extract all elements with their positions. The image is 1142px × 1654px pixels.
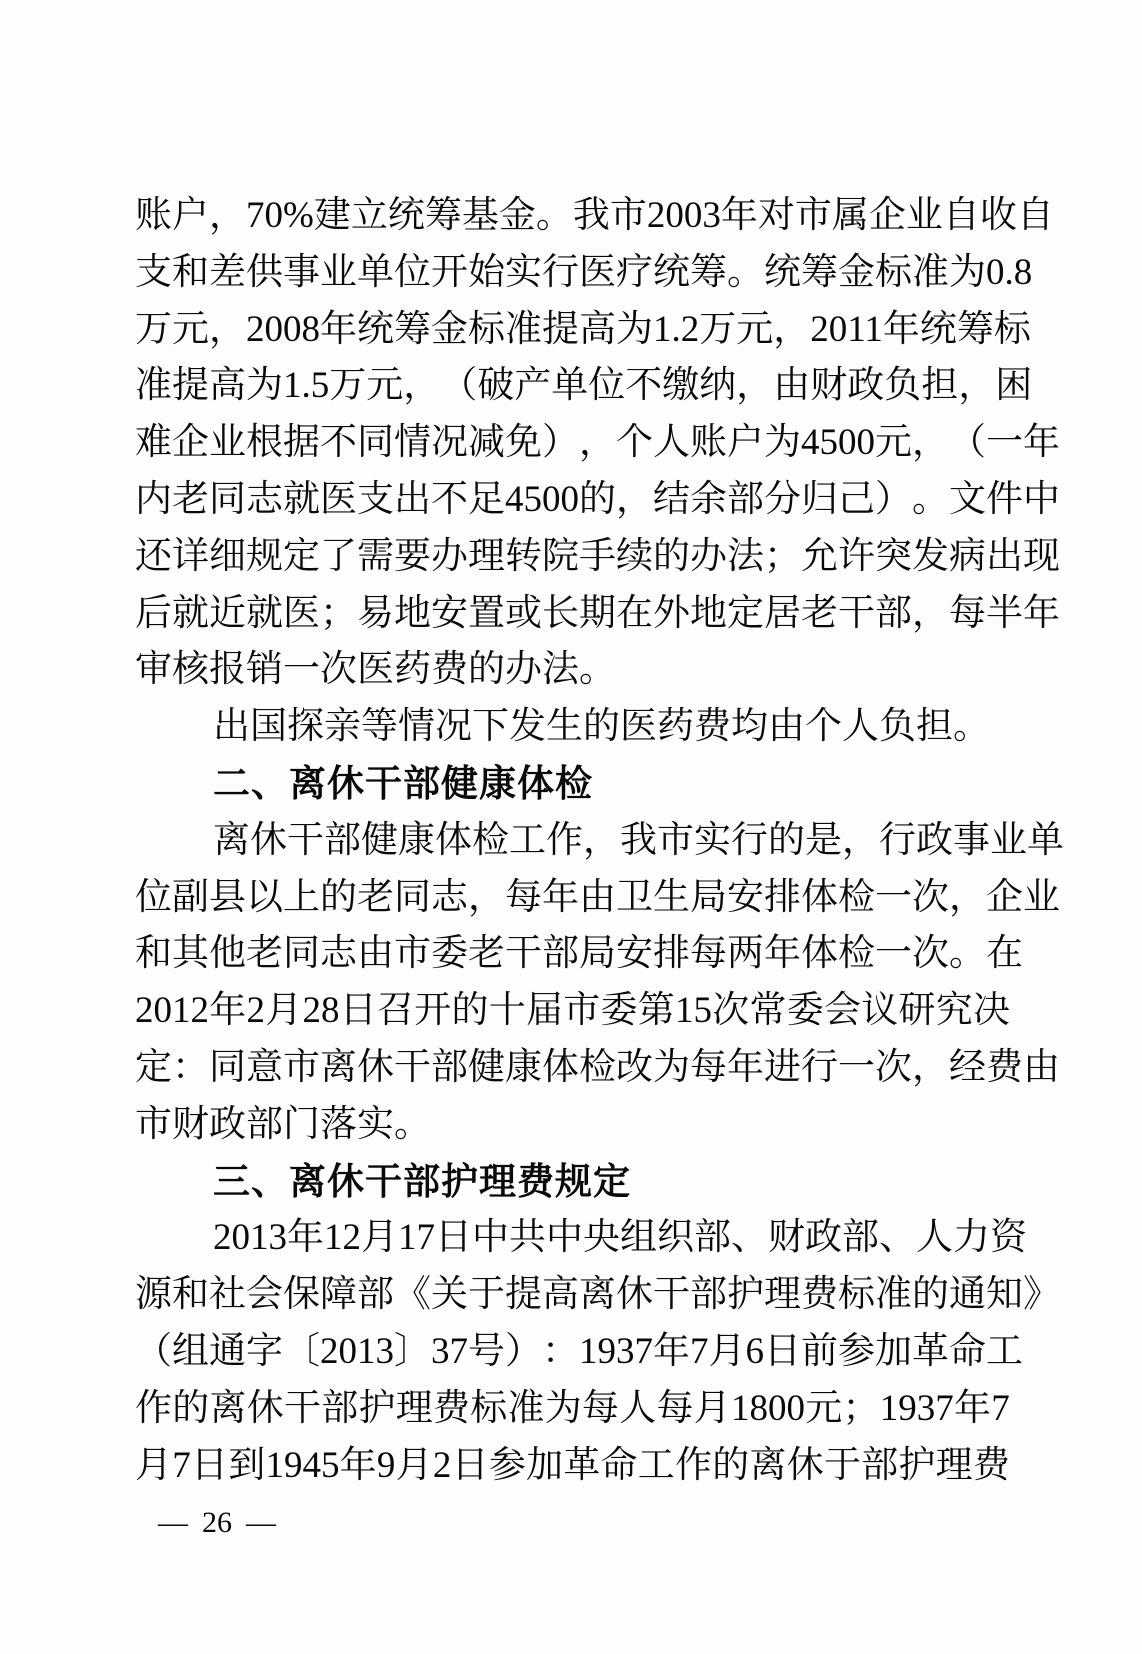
section-heading-2: 二、离休干部健康体检	[135, 756, 1010, 813]
text-line: 万元，2008年统筹金标准提高为1.2万元，2011年统筹标	[135, 302, 1010, 359]
text-line: 审核报销一次医药费的办法。	[135, 642, 1010, 699]
text-line: 月7日到1945年9月2日参加革命工作的离休于部护理费	[135, 1438, 1010, 1495]
text-line: 2013年12月17日中共中央组织部、财政部、人力资	[135, 1210, 1010, 1267]
text-line: 离休干部健康体检工作，我市实行的是，行政事业单	[135, 813, 1010, 870]
text-line: 后就近就医；易地安置或长期在外地定居老干部，每半年	[135, 586, 1010, 643]
text-line: 还详细规定了需要办理转院手续的办法；允许突发病出现	[135, 529, 1010, 586]
text-line: 准提高为1.5万元，（破产单位不缴纳，由财政负担，困	[135, 358, 1010, 415]
page-number: 26	[202, 1503, 232, 1543]
text-line: 难企业根据不同情况减免），个人账户为4500元，（一年	[135, 415, 1010, 472]
text-line: 和其他老同志由市委老干部局安排每两年体检一次。在	[135, 926, 1010, 983]
document-page: 账户，70%建立统筹基金。我市2003年对市属企业自收自 支和差供事业单位开始实…	[0, 0, 1142, 1654]
text-line: 作的离休干部护理费标准为每人每月1800元；1937年7	[135, 1381, 1010, 1438]
footer-dash-left: —	[158, 1503, 188, 1543]
document-body: 账户，70%建立统筹基金。我市2003年对市属企业自收自 支和差供事业单位开始实…	[135, 188, 1010, 1494]
text-line: 支和差供事业单位开始实行医疗统筹。统筹金标准为0.8	[135, 245, 1010, 302]
section-heading-3: 三、离休干部护理费规定	[135, 1154, 1010, 1211]
text-line: 2012年2月28日召开的十届市委第15次常委会议研究决	[135, 983, 1010, 1040]
page-footer: —26—	[158, 1503, 276, 1543]
text-line: 出国探亲等情况下发生的医药费均由个人负担。	[135, 699, 1010, 756]
text-line: 位副县以上的老同志，每年由卫生局安排体检一次，企业	[135, 870, 1010, 927]
text-line: （组通字〔2013〕37号）：1937年7月6日前参加革命工	[135, 1324, 1010, 1381]
text-line: 定：同意市离休干部健康体检改为每年进行一次，经费由	[135, 1040, 1010, 1097]
text-line: 市财政部门落实。	[135, 1097, 1010, 1154]
text-line: 源和社会保障部《关于提高离休干部护理费标准的通知》	[135, 1267, 1010, 1324]
text-line: 账户，70%建立统筹基金。我市2003年对市属企业自收自	[135, 188, 1010, 245]
footer-dash-right: —	[246, 1503, 276, 1543]
text-line: 内老同志就医支出不足4500的，结余部分归己）。文件中	[135, 472, 1010, 529]
